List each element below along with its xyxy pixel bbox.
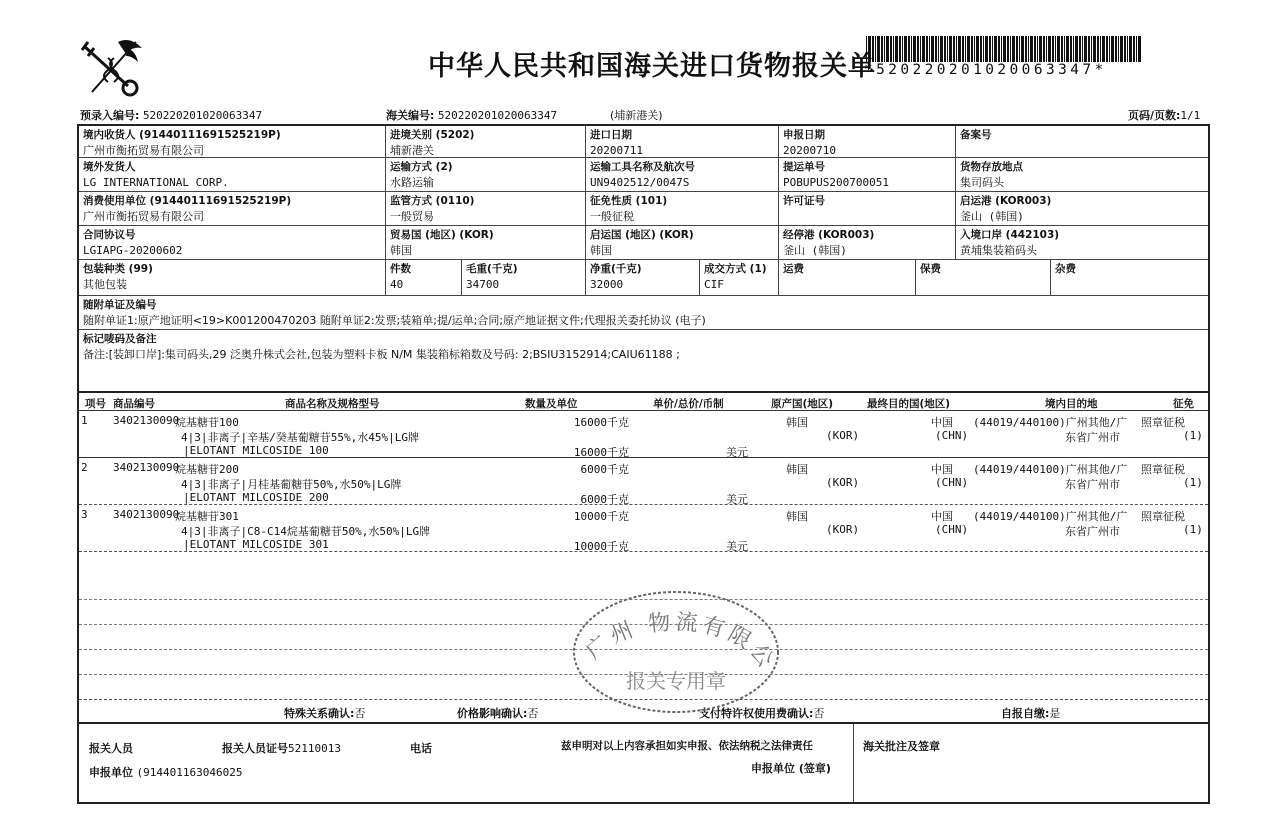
- goods-spec: 4|3|非离子|月桂基葡糖苷50%,水50%|LG牌: [181, 476, 401, 492]
- goods-dest-country: 中国: [931, 461, 953, 477]
- goods-origin-code: (KOR): [826, 429, 859, 442]
- field-value: 其他包装: [83, 277, 381, 293]
- field-cell: 运输方式 (2)水路运输: [386, 158, 586, 192]
- field-cell: 申报日期20200710: [779, 126, 956, 158]
- goods-dest-country: 中国: [931, 414, 953, 430]
- field-label: 运费: [783, 261, 911, 277]
- goods-model: |ELOTANT MILCOSIDE 100: [183, 444, 329, 457]
- field-label: 备案号: [960, 127, 1204, 143]
- goods-qty2: 10000千克: [574, 538, 629, 554]
- price-influence-label: 价格影响确认:: [457, 707, 527, 720]
- marks-remarks-value: 备注:[装卸口岸]:集司码头,29 泛奥升株式会社,包装为塑料卡板 N/M 集装…: [83, 347, 1204, 363]
- phone-label: 电话: [410, 740, 432, 756]
- field-cell: 净重(千克)32000: [586, 260, 700, 296]
- col-hs-code: 商品编号: [113, 396, 155, 411]
- field-cell: 监管方式 (0110)一般贸易: [386, 192, 586, 226]
- goods-model: |ELOTANT MILCOSIDE 301: [183, 538, 329, 551]
- barcode: [866, 36, 1142, 62]
- field-label: 征免性质 (101): [590, 193, 774, 209]
- goods-origin: 韩国: [786, 461, 808, 477]
- field-label: 启运国 (地区) (KOR): [590, 227, 774, 243]
- goods-table-row: 13402130090烷基糖苷1004|3|非离子|辛基/癸基葡糖苷55%,水4…: [79, 411, 1208, 458]
- field-label: 启运港 (KOR003): [960, 193, 1204, 209]
- field-value: 水路运输: [390, 175, 581, 191]
- field-cell: 贸易国 (地区) (KOR)韩国: [386, 226, 586, 260]
- goods-domestic-dest-1: (44019/440100)广州其他/广: [973, 414, 1127, 430]
- goods-levy-2: (1): [1183, 523, 1203, 536]
- special-relation-confirm: 特殊关系确认:否: [284, 705, 365, 721]
- field-value: 韩国: [590, 243, 774, 259]
- field-label: 境内收货人 (91440111691525219P): [83, 127, 381, 143]
- field-cell: 启运港 (KOR003)釜山 (韩国): [956, 192, 1208, 226]
- goods-levy-1: 照章征税: [1141, 461, 1185, 477]
- goods-levy-2: (1): [1183, 476, 1203, 489]
- barcode-text: *520220201020063347*: [864, 62, 1107, 78]
- declarant-cert: 报关人员证号52110013: [222, 740, 341, 756]
- attached-docs-row: 随附单证及编号 随附单证1:原产地证明<19>K001200470203 随附单…: [79, 296, 1208, 330]
- customs-no-value: 520220201020063347: [438, 109, 557, 122]
- goods-domestic-dest-2: 东省广州市: [1065, 523, 1120, 539]
- declarant-cert-value: 52110013: [288, 742, 341, 755]
- price-influence-value: 否: [527, 707, 538, 720]
- special-relation-value: 否: [354, 707, 365, 720]
- footer-divider: [853, 724, 854, 802]
- goods-qty1: 16000千克: [574, 414, 629, 430]
- field-value: LG INTERNATIONAL CORP.: [83, 175, 381, 191]
- col-levy: 征免: [1173, 396, 1194, 411]
- field-value: LGIAPG-20200602: [83, 243, 381, 259]
- field-label: 经停港 (KOR003): [783, 227, 951, 243]
- pre-entry-number: 预录入编号: 520220201020063347: [80, 107, 262, 123]
- field-label: 贸易国 (地区) (KOR): [390, 227, 581, 243]
- field-label: 境外发货人: [83, 159, 381, 175]
- col-quantity: 数量及单位: [525, 396, 578, 411]
- customs-number: 海关编号: 520220201020063347: [386, 107, 557, 123]
- field-label: 申报日期: [783, 127, 951, 143]
- col-price: 单价/总价/币制: [653, 396, 724, 411]
- goods-qty1: 10000千克: [574, 508, 629, 524]
- col-domestic-dest: 境内目的地: [1045, 396, 1098, 411]
- field-label: 进境关别 (5202): [390, 127, 581, 143]
- field-label: 保费: [920, 261, 1046, 277]
- goods-dest-code: (CHN): [935, 523, 968, 536]
- field-label: 进口日期: [590, 127, 774, 143]
- field-value: 20200710: [783, 143, 951, 158]
- customs-emblem-icon: [78, 36, 144, 98]
- attached-docs-label: 随附单证及编号: [83, 297, 1204, 313]
- field-cell: 进口日期20200711: [586, 126, 779, 158]
- field-cell: 货物存放地点集司码头: [956, 158, 1208, 192]
- field-cell: 包装种类 (99)其他包装: [79, 260, 386, 296]
- goods-spec: 4|3|非离子|C8-C14烷基葡糖苷50%,水50%|LG牌: [181, 523, 430, 539]
- goods-domestic-dest-2: 东省广州市: [1065, 476, 1120, 492]
- page-value: 1/1: [1180, 109, 1200, 122]
- field-label: 入境口岸 (442103): [960, 227, 1204, 243]
- goods-domestic-dest-2: 东省广州市: [1065, 429, 1120, 445]
- declaring-unit: 申报单位 (914401163046025: [89, 764, 242, 780]
- field-value: 一般贸易: [390, 209, 581, 225]
- pre-entry-label: 预录入编号:: [80, 109, 139, 122]
- special-relation-label: 特殊关系确认:: [284, 707, 354, 720]
- goods-name: 烷基糖苷100: [175, 414, 239, 430]
- field-cell: 成交方式 (1)CIF: [700, 260, 779, 296]
- field-cell: 进境关别 (5202)埔新港关: [386, 126, 586, 158]
- field-value: 广州市衡拓贸易有限公司: [83, 209, 381, 225]
- field-label: 提运单号: [783, 159, 951, 175]
- goods-domestic-dest-1: (44019/440100)广州其他/广: [973, 508, 1127, 524]
- attached-docs-value: 随附单证1:原产地证明<19>K001200470203 随附单证2:发票;装箱…: [83, 313, 1204, 329]
- field-cell: 许可证号: [779, 192, 956, 226]
- field-value: 40: [390, 277, 457, 293]
- field-cell: 运费: [779, 260, 916, 296]
- field-cell: 合同协议号LGIAPG-20200602: [79, 226, 386, 260]
- goods-origin: 韩国: [786, 414, 808, 430]
- field-cell: 备案号: [956, 126, 1208, 158]
- company-seal: 广州 物流有限公司 报关专用章: [571, 588, 781, 716]
- field-cell: 境外发货人LG INTERNATIONAL CORP.: [79, 158, 386, 192]
- goods-no: 3: [81, 508, 88, 521]
- customs-note-label: 海关批注及签章: [863, 738, 940, 754]
- field-label: 毛重(千克): [466, 261, 581, 277]
- goods-dest-code: (CHN): [935, 476, 968, 489]
- field-cell: 消费使用单位 (91440111691525219P)广州市衡拓贸易有限公司: [79, 192, 386, 226]
- goods-levy-1: 照章征税: [1141, 508, 1185, 524]
- pre-entry-value: 520220201020063347: [143, 109, 262, 122]
- field-label: 包装种类 (99): [83, 261, 381, 277]
- customs-office: (埔新港关): [610, 107, 663, 123]
- goods-name: 烷基糖苷200: [175, 461, 239, 477]
- col-origin: 原产国(地区): [771, 396, 833, 411]
- field-cell: 征免性质 (101)一般征税: [586, 192, 779, 226]
- goods-levy-1: 照章征税: [1141, 414, 1185, 430]
- field-cell: 毛重(千克)34700: [462, 260, 586, 296]
- field-value: 32000: [590, 277, 695, 293]
- goods-dest-code: (CHN): [935, 429, 968, 442]
- self-pay-label: 自报自缴:: [1001, 707, 1049, 720]
- goods-model: |ELOTANT MILCOSIDE 200: [183, 491, 329, 504]
- goods-levy-2: (1): [1183, 429, 1203, 442]
- field-label: 件数: [390, 261, 457, 277]
- goods-table-header: 项号 商品编号 商品名称及规格型号 数量及单位 单价/总价/币制 原产国(地区)…: [79, 391, 1208, 411]
- goods-origin-code: (KOR): [826, 523, 859, 536]
- goods-table-row: 33402130090烷基糖苷3014|3|非离子|C8-C14烷基葡糖苷50%…: [79, 505, 1208, 552]
- field-value: POBUPUS200700051: [783, 175, 951, 191]
- customs-no-label: 海关编号:: [386, 109, 434, 122]
- field-value: 34700: [466, 277, 581, 293]
- marks-remarks-label: 标记唛码及备注: [83, 331, 1204, 347]
- field-label: 净重(千克): [590, 261, 695, 277]
- self-pay-confirm: 自报自缴:是: [1001, 705, 1060, 721]
- field-value: CIF: [704, 277, 774, 293]
- goods-no: 2: [81, 461, 88, 474]
- declaration-statement: 兹申明对以上内容承担如实申报、依法纳税之法律责任: [561, 738, 813, 753]
- field-cell: 启运国 (地区) (KOR)韩国: [586, 226, 779, 260]
- field-value: 黄埔集装箱码头: [960, 243, 1204, 259]
- seal-top-text: 广州 物流有限公司: [571, 588, 780, 675]
- field-label: 运输方式 (2): [390, 159, 581, 175]
- goods-hs-code: 3402130090: [113, 414, 179, 427]
- field-value: 20200711: [590, 143, 774, 158]
- col-final-dest: 最终目的国(地区): [867, 396, 950, 411]
- field-value: 集司码头: [960, 175, 1204, 191]
- royalty-value: 否: [813, 707, 824, 720]
- field-cell: 经停港 (KOR003)釜山 (韩国): [779, 226, 956, 260]
- field-value: 釜山 (韩国): [960, 209, 1204, 225]
- field-cell: 保费: [916, 260, 1051, 296]
- col-goods-name: 商品名称及规格型号: [285, 396, 380, 411]
- goods-origin: 韩国: [786, 508, 808, 524]
- field-cell: 运输工具名称及航次号UN9402512/0047S: [586, 158, 779, 192]
- goods-no: 1: [81, 414, 88, 427]
- declaring-unit-value: (914401163046025: [137, 766, 243, 779]
- field-cell: 杂费: [1051, 260, 1208, 296]
- field-cell: 入境口岸 (442103)黄埔集装箱码头: [956, 226, 1208, 260]
- declarant-cert-label: 报关人员证号: [222, 742, 288, 755]
- seal-bottom-text: 报关专用章: [626, 669, 726, 693]
- declaration-footer: 报关人员 报关人员证号52110013 电话 兹申明对以上内容承担如实申报、依法…: [79, 724, 1208, 802]
- field-value: 埔新港关: [390, 143, 581, 158]
- field-cell: 件数40: [386, 260, 462, 296]
- price-influence-confirm: 价格影响确认:否: [457, 705, 538, 721]
- declaring-unit-seal: 申报单位 (签章): [751, 760, 831, 776]
- goods-name: 烷基糖苷301: [175, 508, 239, 524]
- goods-domestic-dest-1: (44019/440100)广州其他/广: [973, 461, 1127, 477]
- declaring-unit-label: 申报单位: [89, 766, 133, 779]
- goods-currency: 美元: [726, 538, 748, 554]
- field-label: 杂费: [1055, 261, 1204, 277]
- field-label: 成交方式 (1): [704, 261, 774, 277]
- field-value: 釜山 (韩国): [783, 243, 951, 259]
- field-value: 广州市衡拓贸易有限公司: [83, 143, 381, 158]
- goods-dest-country: 中国: [931, 508, 953, 524]
- goods-spec: 4|3|非离子|辛基/癸基葡糖苷55%,水45%|LG牌: [181, 429, 419, 445]
- col-item-no: 项号: [85, 396, 106, 411]
- document-title: 中华人民共和国海关进口货物报关单: [428, 44, 876, 83]
- field-label: 运输工具名称及航次号: [590, 159, 774, 175]
- goods-hs-code: 3402130090: [113, 461, 179, 474]
- field-label: 消费使用单位 (91440111691525219P): [83, 193, 381, 209]
- page-label: 页码/页数:: [1128, 109, 1180, 122]
- goods-origin-code: (KOR): [826, 476, 859, 489]
- field-label: 监管方式 (0110): [390, 193, 581, 209]
- field-value: 一般征税: [590, 209, 774, 225]
- field-label: 许可证号: [783, 193, 951, 209]
- field-cell: 境内收货人 (91440111691525219P)广州市衡拓贸易有限公司: [79, 126, 386, 158]
- field-label: 货物存放地点: [960, 159, 1204, 175]
- field-value: UN9402512/0047S: [590, 175, 774, 191]
- field-value: 韩国: [390, 243, 581, 259]
- self-pay-value: 是: [1049, 707, 1060, 720]
- goods-table-row: 23402130090烷基糖苷2004|3|非离子|月桂基葡糖苷50%,水50%…: [79, 458, 1208, 505]
- goods-hs-code: 3402130090: [113, 508, 179, 521]
- field-cell: 提运单号POBUPUS200700051: [779, 158, 956, 192]
- goods-qty1: 6000千克: [581, 461, 630, 477]
- marks-remarks-row: 标记唛码及备注 备注:[装卸口岸]:集司码头,29 泛奥升株式会社,包装为塑料卡…: [79, 330, 1208, 391]
- field-label: 合同协议号: [83, 227, 381, 243]
- declarant-label: 报关人员: [89, 740, 133, 756]
- page-number: 页码/页数:1/1: [1128, 107, 1200, 123]
